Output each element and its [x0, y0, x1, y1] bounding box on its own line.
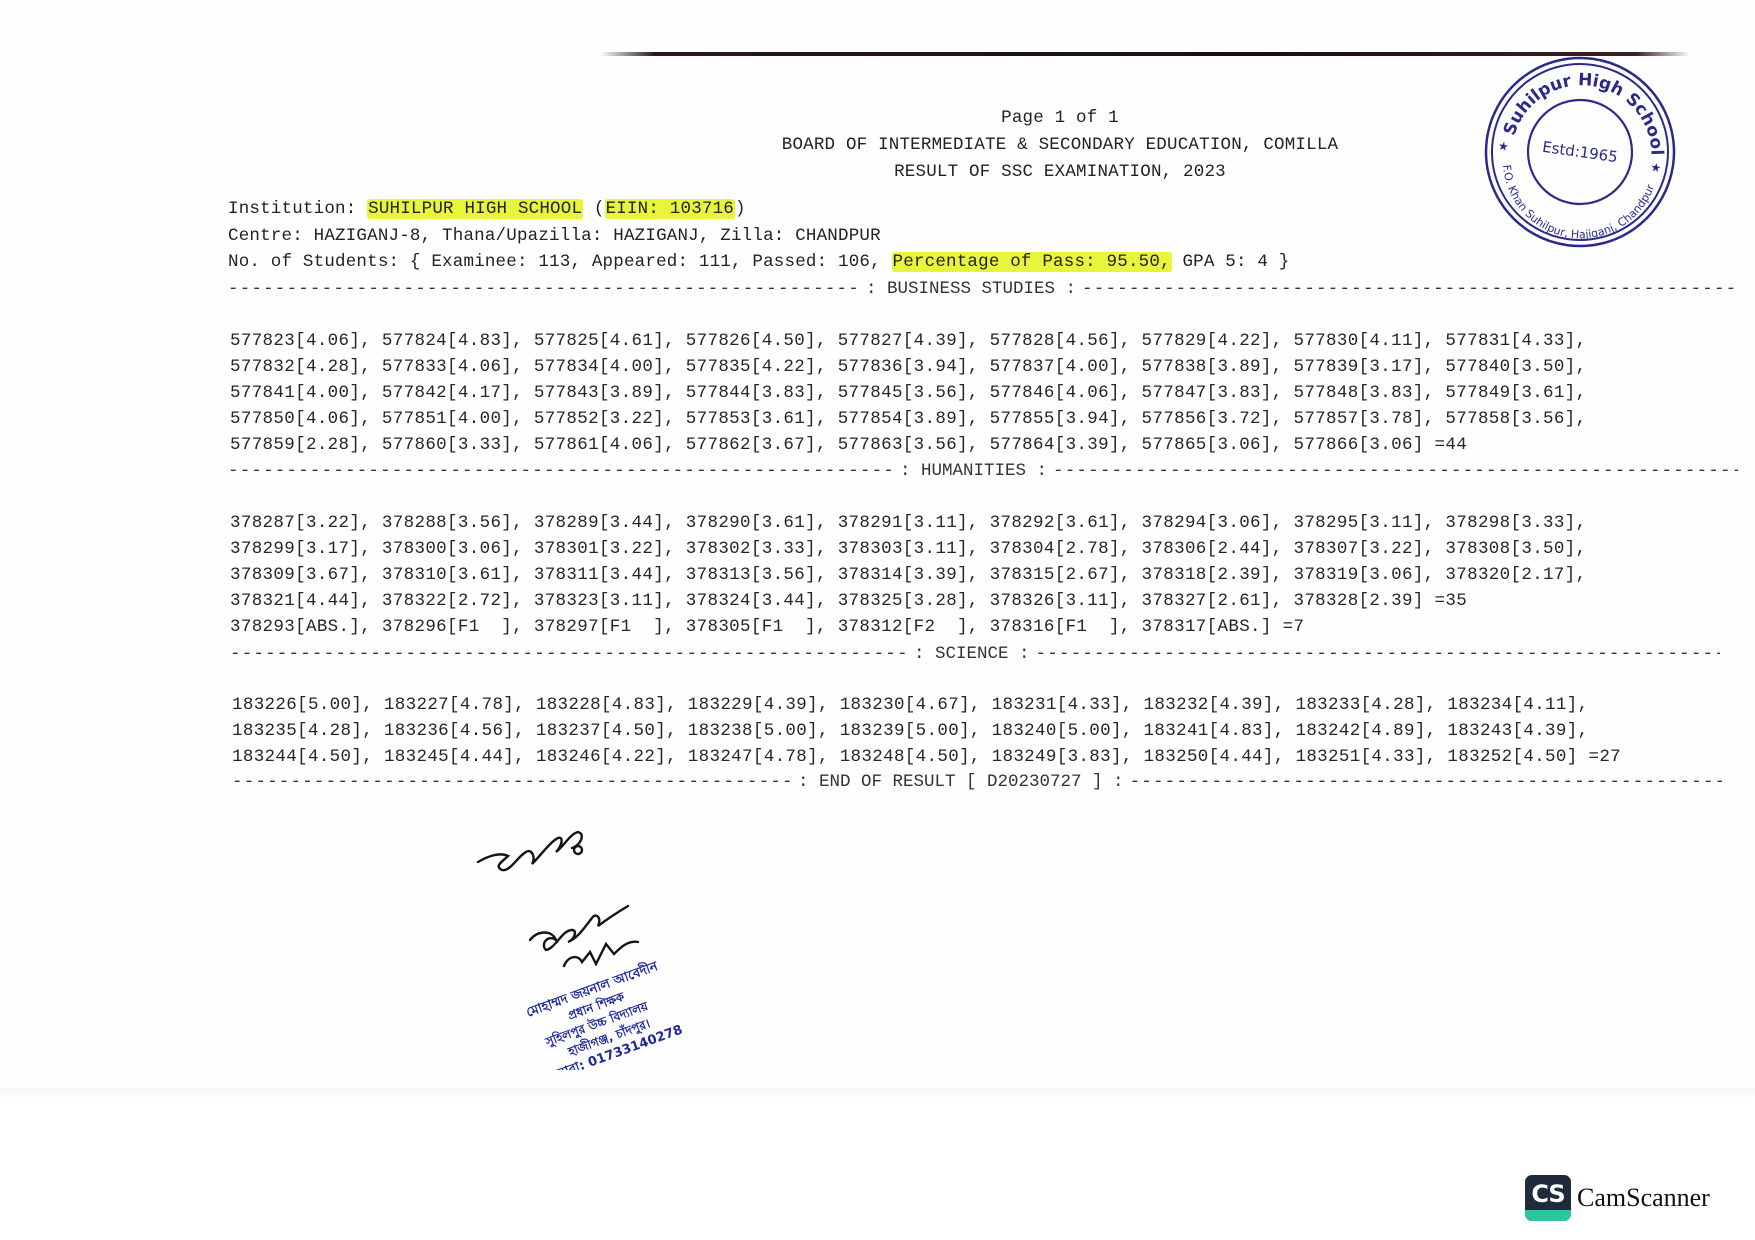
star-icon: ★	[1650, 160, 1663, 175]
section-title: : BUSINESS STUDIES :	[860, 279, 1082, 299]
section-title: : HUMANITIES :	[894, 461, 1053, 481]
result-row: 378287[3.22], 378288[3.56], 378289[3.44]…	[230, 510, 1586, 536]
eiin-number: EIIN: 103716	[605, 199, 735, 219]
section-header-humanities: : HUMANITIES :	[228, 461, 1738, 481]
result-row: 378309[3.67], 378310[3.61], 378311[3.44]…	[230, 562, 1586, 588]
stamp-center-text: Estd:1965	[1541, 138, 1619, 166]
school-seal-stamp: Suhilpur High School F.O. Khan Suhilpur,…	[1478, 55, 1683, 250]
students-summary: No. of Students: { Examinee: 113, Appear…	[228, 252, 892, 272]
page-number: Page 1 of 1	[710, 108, 1410, 128]
result-row: 183244[4.50], 183245[4.44], 183246[4.22]…	[232, 744, 1621, 770]
result-row: 577841[4.00], 577842[4.17], 577843[3.89]…	[230, 380, 1586, 406]
result-row: 378299[3.17], 378300[3.06], 378301[3.22]…	[230, 536, 1586, 562]
result-row: 577850[4.06], 577851[4.00], 577852[3.22]…	[230, 406, 1586, 432]
result-row: 577832[4.28], 577833[4.06], 577834[4.00]…	[230, 354, 1586, 380]
pass-percentage: Percentage of Pass: 95.50,	[892, 252, 1172, 272]
gpa5-count: GPA 5: 4 }	[1172, 252, 1290, 272]
section-header-business-studies: : BUSINESS STUDIES :	[228, 279, 1738, 299]
result-row: 378293[ABS.], 378296[F1 ], 378297[F1 ], …	[230, 614, 1304, 640]
camscanner-logo-icon: CS	[1525, 1175, 1571, 1221]
stamp-bottom-text: F.O. Khan Suhilpur, Hajiganj, Chandpur	[1491, 162, 1658, 250]
board-title: BOARD OF INTERMEDIATE & SECONDARY EDUCAT…	[710, 135, 1410, 155]
result-row: 577859[2.28], 577860[3.33], 577861[4.06]…	[230, 432, 1467, 458]
section-header-science: : SCIENCE :	[230, 644, 1720, 664]
page-edge	[0, 1088, 1755, 1098]
result-row: 378321[4.44], 378322[2.72], 378323[3.11]…	[230, 588, 1467, 614]
paren-open: (	[583, 199, 604, 219]
institution-label: Institution:	[228, 199, 367, 219]
institution-line: Institution: SUHILPUR HIGH SCHOOL (EIIN:…	[228, 199, 746, 219]
star-icon: ★	[1497, 139, 1510, 154]
centre-line: Centre: HAZIGANJ-8, Thana/Upazilla: HAZI…	[228, 226, 881, 246]
end-of-result-rule: : END OF RESULT [ D20230727 ] :	[232, 772, 1722, 792]
camscanner-label: CamScanner	[1577, 1183, 1710, 1213]
camscanner-watermark: CS CamScanner	[1525, 1175, 1710, 1221]
result-row: 183226[5.00], 183227[4.78], 183228[4.83]…	[232, 692, 1588, 718]
students-line: No. of Students: { Examinee: 113, Appear…	[228, 252, 1290, 272]
end-of-result-label: : END OF RESULT [ D20230727 ] :	[792, 772, 1130, 792]
exam-title: RESULT OF SSC EXAMINATION, 2023	[710, 162, 1410, 182]
result-row: 183235[4.28], 183236[4.56], 183237[4.50]…	[232, 718, 1588, 744]
section-title: : SCIENCE :	[908, 644, 1036, 664]
attestation-signature: মোহাম্মদ জয়নাল আবেদীন প্রধান শিক্ষক সুহ…	[460, 800, 740, 1070]
paren-close: )	[735, 199, 746, 219]
institution-name: SUHILPUR HIGH SCHOOL	[367, 199, 583, 219]
svg-text:F.O. Khan Suhilpur, Hajiganj,: F.O. Khan Suhilpur, Hajiganj, Chandpur	[1491, 162, 1658, 250]
result-row: 577823[4.06], 577824[4.83], 577825[4.61]…	[230, 328, 1586, 354]
